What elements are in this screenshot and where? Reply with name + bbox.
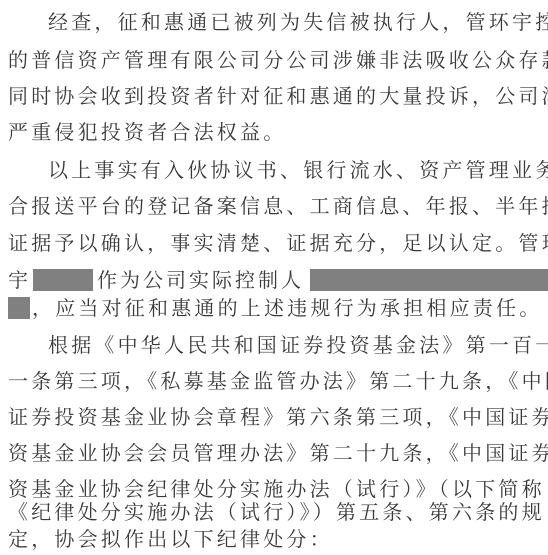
document-page: 经查，征和惠通已被列为失信被执行人，管环宇控股 的普信资产管理有限公司分公司涉嫌… [0, 0, 548, 555]
text-line: 资基金业协会会员管理办法》第二十九条，《中国证券投 [8, 441, 540, 465]
text-line: 根据《中华人民共和国证券投资基金法》第一百一十 [48, 333, 540, 357]
text-line-redacted: 宇作为公司实际控制人 [8, 268, 540, 292]
redaction-block [33, 269, 93, 291]
text-line: 《纪律处分实施办法（试行）》）第五条、第六条的规 [8, 500, 540, 524]
text-line: 的普信资产管理有限公司分公司涉嫌非法吸收公众存款。 [8, 48, 540, 72]
redaction-block [8, 297, 30, 319]
text-line: 证券投资基金业协会章程》第六条第三项，《中国证券投 [8, 405, 540, 429]
text-line-redacted: ，应当对征和惠通的上述违规行为承担相应责任。 [8, 296, 540, 320]
text-line: 同时协会收到投资者针对征和惠通的大量投诉，公司涉嫌 [8, 84, 540, 108]
text-line: 资基金业协会纪律处分实施办法（试行）》（以下简称 [8, 477, 540, 501]
redaction-block [310, 269, 548, 291]
text-fragment: 作为公司实际控制人 [97, 268, 304, 292]
text-line: 经查，征和惠通已被列为失信被执行人，管环宇控股 [48, 10, 540, 34]
text-fragment: 宇 [8, 268, 31, 292]
text-line: 合报送平台的登记备案信息、工商信息、年报、半年报等 [8, 194, 540, 218]
text-fragment: ，应当对征和惠通的上述违规行为承担相应责任。 [32, 296, 542, 320]
text-line: 定，协会拟作出以下纪律处分： [8, 527, 540, 551]
text-line: 严重侵犯投资者合法权益。 [8, 120, 540, 144]
text-line: 证据予以确认，事实清楚、证据充分，足以认定。管环 [8, 231, 540, 255]
text-line: 一条第三项，《私募基金监管办法》第二十九条，《中国 [8, 369, 540, 393]
text-line: 以上事实有入伙协议书、银行流水、资产管理业务综 [48, 158, 540, 182]
